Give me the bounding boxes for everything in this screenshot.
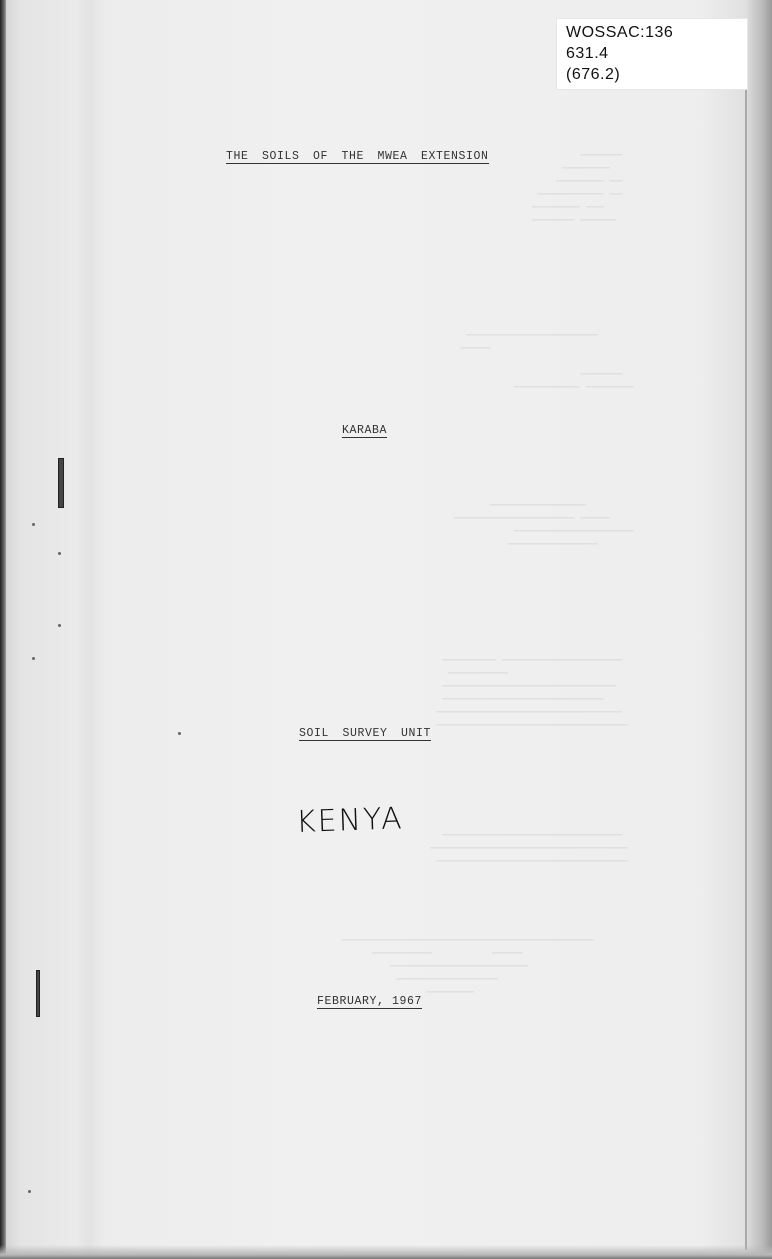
catalog-classification: 631.4	[566, 43, 673, 64]
show-through-text: ────────────────────────────────────────…	[300, 935, 720, 1000]
speck	[28, 1190, 31, 1193]
spine-shadow	[75, 0, 105, 1259]
document-date: FEBRUARY, 1967	[317, 995, 422, 1009]
document-author: KARABA	[342, 424, 387, 438]
speck	[58, 624, 61, 627]
catalog-sub-classification: (676.2)	[566, 64, 673, 85]
handwritten-country: KENYA	[295, 801, 404, 840]
speck	[32, 523, 35, 526]
staple-icon	[58, 458, 64, 508]
catalog-label: WOSSAC:136 631.4 (676.2)	[566, 22, 673, 85]
show-through-text: ──────────────── ──────────────────── ──…	[430, 500, 720, 552]
speck	[178, 732, 181, 735]
show-through-text: ───────── ──────────────────── ─────────…	[430, 655, 720, 733]
catalog-id: WOSSAC:136	[566, 22, 673, 43]
bottom-page-edge	[0, 1245, 772, 1259]
binding-edge	[0, 0, 6, 1259]
speck	[32, 657, 35, 660]
right-page-edge	[746, 0, 772, 1259]
document-issuer: SOIL SURVEY UNIT	[299, 727, 431, 741]
speck	[58, 552, 61, 555]
document-cover-page: ─────── ──────── ──────── ── ───────────…	[0, 0, 772, 1259]
staple-icon	[36, 970, 40, 1017]
document-title: THE SOILS OF THE MWEA EXTENSION	[226, 150, 489, 164]
show-through-text: ────────────────────────────── ─────────…	[430, 830, 720, 869]
show-through-text: ────────────────────── ───── ─────── ───…	[430, 330, 720, 395]
